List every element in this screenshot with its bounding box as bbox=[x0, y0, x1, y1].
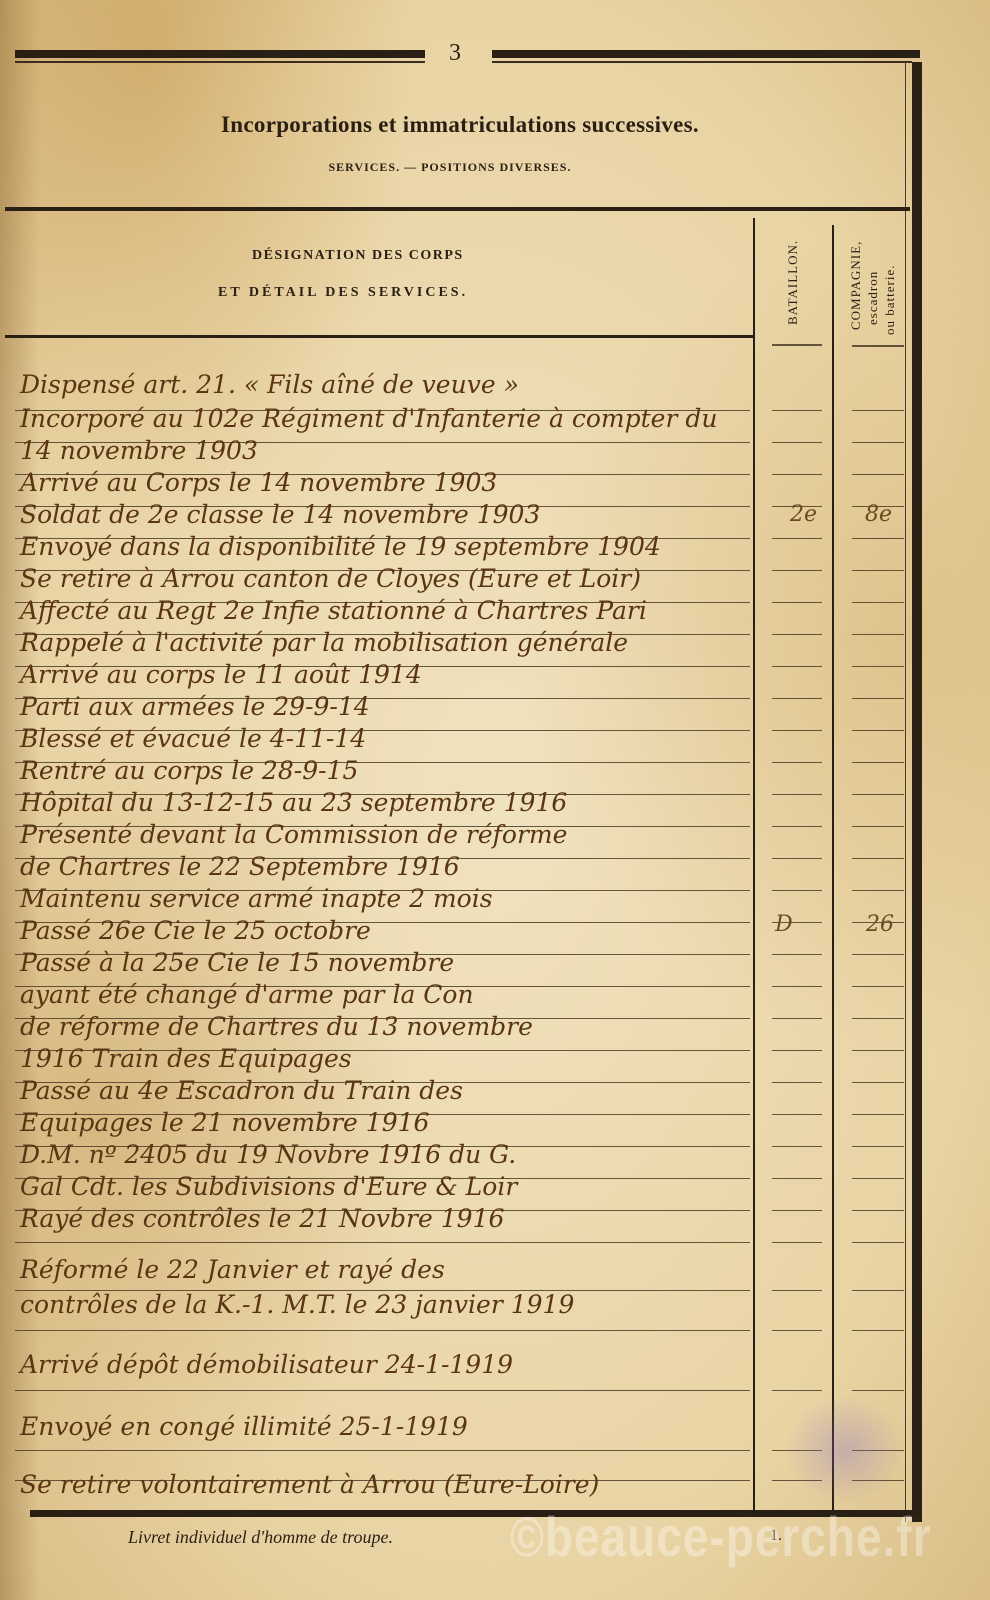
ruled-line bbox=[772, 474, 822, 475]
ruled-line bbox=[852, 826, 904, 827]
column-header-bataillon: BATAILLON. bbox=[785, 240, 800, 325]
header-top-rule bbox=[5, 207, 910, 211]
top-rule-right-thin bbox=[492, 61, 912, 63]
ruled-line bbox=[852, 1114, 904, 1115]
footer-title: Livret individuel d'homme de troupe. bbox=[128, 1527, 393, 1548]
entry-row: contrôles de la K.-1. M.T. le 23 janvier… bbox=[20, 1290, 574, 1319]
ruled-line bbox=[852, 474, 904, 475]
ruled-line bbox=[772, 1242, 822, 1243]
ruled-line bbox=[852, 954, 904, 955]
ruled-line bbox=[772, 1018, 822, 1019]
column-header-compagnie-line1: COMPAGNIE, bbox=[848, 241, 863, 330]
ruled-line bbox=[852, 666, 904, 667]
entry-row: Arrivé au corps le 11 août 1914 bbox=[20, 660, 422, 689]
entry-row: de réforme de Chartres du 13 novembre bbox=[20, 1012, 533, 1041]
column-header-compagnie-line3: ou batterie. bbox=[882, 265, 897, 335]
ruled-line bbox=[15, 1330, 750, 1331]
ruled-line bbox=[772, 538, 822, 539]
ruled-line bbox=[772, 762, 822, 763]
bataillon-cell: D bbox=[775, 912, 793, 937]
ruled-line bbox=[852, 890, 904, 891]
ruled-line bbox=[852, 698, 904, 699]
ruled-line bbox=[772, 1146, 822, 1147]
frame-right-border bbox=[912, 62, 922, 1522]
entry-row: Se retire à Arrou canton de Cloyes (Eure… bbox=[20, 564, 641, 593]
column-header-compagnie-line2: escadron bbox=[865, 271, 880, 325]
header-bottom-rule-compagnie bbox=[852, 345, 904, 347]
entry-row: D.M. nº 2405 du 19 Novbre 1916 du G. bbox=[20, 1140, 516, 1169]
ruled-line bbox=[852, 762, 904, 763]
ruled-line bbox=[852, 634, 904, 635]
ruled-line bbox=[852, 1082, 904, 1083]
ruled-line bbox=[772, 826, 822, 827]
ruled-line bbox=[772, 1082, 822, 1083]
ruled-line bbox=[772, 666, 822, 667]
ruled-line bbox=[772, 634, 822, 635]
entry-row: Blessé et évacué le 4-11-14 bbox=[20, 724, 366, 753]
ruled-line bbox=[852, 1290, 904, 1291]
entry-row: Envoyé dans la disponibilité le 19 septe… bbox=[20, 532, 661, 561]
ink-stamp bbox=[780, 1390, 910, 1510]
ruled-line bbox=[852, 570, 904, 571]
ruled-line bbox=[852, 986, 904, 987]
ruled-line bbox=[772, 1178, 822, 1179]
ruled-line bbox=[772, 1114, 822, 1115]
entry-row: Rayé des contrôles le 21 Novbre 1916 bbox=[20, 1204, 504, 1233]
column-header-designation-line1: DÉSIGNATION DES CORPS bbox=[252, 248, 464, 264]
entry-row: Présenté devant la Commission de réforme bbox=[20, 820, 567, 849]
entry-row: Maintenu service armé inapte 2 mois bbox=[20, 884, 493, 913]
entry-row: Passé 26e Cie le 25 octobre bbox=[20, 916, 371, 945]
ruled-line bbox=[852, 1018, 904, 1019]
ruled-line bbox=[772, 986, 822, 987]
entry-row: Réformé le 22 Janvier et rayé des bbox=[20, 1255, 445, 1284]
column-header-designation-line2: ET DÉTAIL DES SERVICES. bbox=[218, 285, 468, 301]
ruled-line bbox=[852, 1050, 904, 1051]
ruled-line bbox=[852, 442, 904, 443]
compagnie-cell: 8e bbox=[865, 502, 892, 527]
entry-row: Dispensé art. 21. « Fils aîné de veuve » bbox=[20, 370, 519, 399]
entry-row: Passé à la 25e Cie le 15 novembre bbox=[20, 948, 454, 977]
ruled-line bbox=[852, 538, 904, 539]
ruled-line bbox=[772, 890, 822, 891]
ruled-line bbox=[852, 1330, 904, 1331]
page-subtitle: SERVICES. — POSITIONS DIVERSES. bbox=[140, 160, 760, 175]
top-rule-left-thin bbox=[15, 61, 425, 63]
page-title: Incorporations et immatriculations succe… bbox=[60, 112, 860, 138]
entry-row: ayant été changé d'arme par la Con bbox=[20, 980, 474, 1009]
header-bottom-rule bbox=[5, 335, 753, 338]
entry-row: Affecté au Regt 2e Infie stationné à Cha… bbox=[20, 596, 647, 625]
entry-row: 1916 Train des Equipages bbox=[20, 1044, 352, 1073]
ruled-line bbox=[772, 602, 822, 603]
ruled-line bbox=[772, 730, 822, 731]
ruled-line bbox=[772, 1330, 822, 1331]
ruled-line bbox=[852, 794, 904, 795]
ruled-line bbox=[772, 698, 822, 699]
entry-row: Rappelé à l'activité par la mobilisation… bbox=[20, 628, 628, 657]
entry-row: Soldat de 2e classe le 14 novembre 1903 bbox=[20, 500, 540, 529]
entry-row: Arrivé au Corps le 14 novembre 1903 bbox=[20, 468, 497, 497]
ruled-line bbox=[772, 570, 822, 571]
bataillon-cell: 2e bbox=[790, 502, 817, 527]
entry-row: Equipages le 21 novembre 1916 bbox=[20, 1108, 429, 1137]
ruled-line bbox=[15, 1450, 750, 1451]
header-bottom-rule-bataillon bbox=[772, 344, 822, 346]
ruled-line bbox=[772, 858, 822, 859]
ruled-line bbox=[852, 1210, 904, 1211]
watermark: ©beauce-perche.fr bbox=[510, 1505, 932, 1570]
column-divider-compagnie bbox=[832, 225, 834, 1513]
ruled-line bbox=[852, 1146, 904, 1147]
ruled-line bbox=[852, 410, 904, 411]
ruled-line bbox=[852, 730, 904, 731]
ruled-line bbox=[852, 1242, 904, 1243]
page-number: 3 bbox=[443, 40, 467, 67]
entry-row: Hôpital du 13-12-15 au 23 septembre 1916 bbox=[20, 788, 567, 817]
entry-row: Rentré au corps le 28-9-15 bbox=[20, 756, 358, 785]
ruled-line bbox=[772, 954, 822, 955]
ruled-line bbox=[772, 794, 822, 795]
entry-row: 14 novembre 1903 bbox=[20, 436, 258, 465]
top-rule-right bbox=[492, 50, 920, 58]
ruled-line bbox=[772, 1210, 822, 1211]
entry-row: Se retire volontairement à Arrou (Eure-L… bbox=[20, 1470, 599, 1499]
ruled-line bbox=[772, 1290, 822, 1291]
ruled-line bbox=[772, 410, 822, 411]
entry-row: Passé au 4e Escadron du Train des bbox=[20, 1076, 463, 1105]
ruled-line bbox=[852, 1178, 904, 1179]
document-page: 3 Incorporations et immatriculations suc… bbox=[0, 0, 990, 1600]
frame-inner-line bbox=[905, 62, 906, 1522]
ruled-line bbox=[772, 1050, 822, 1051]
column-divider-bataillon bbox=[753, 218, 755, 1513]
ruled-line bbox=[772, 442, 822, 443]
entry-row: Incorporé au 102e Régiment d'Infanterie … bbox=[20, 404, 717, 433]
entry-row: Arrivé dépôt démobilisateur 24-1-1919 bbox=[20, 1350, 513, 1379]
ruled-line bbox=[15, 1390, 750, 1391]
top-rule-left bbox=[15, 50, 425, 58]
entry-row: Gal Cdt. les Subdivisions d'Eure & Loir bbox=[20, 1172, 517, 1201]
ruled-line bbox=[15, 1242, 750, 1243]
entry-row: Envoyé en congé illimité 25-1-1919 bbox=[20, 1412, 468, 1441]
entry-row: Parti aux armées le 29-9-14 bbox=[20, 692, 370, 721]
compagnie-cell: 26 bbox=[866, 912, 894, 937]
ruled-line bbox=[852, 858, 904, 859]
ruled-line bbox=[852, 602, 904, 603]
entry-row: de Chartres le 22 Septembre 1916 bbox=[20, 852, 460, 881]
